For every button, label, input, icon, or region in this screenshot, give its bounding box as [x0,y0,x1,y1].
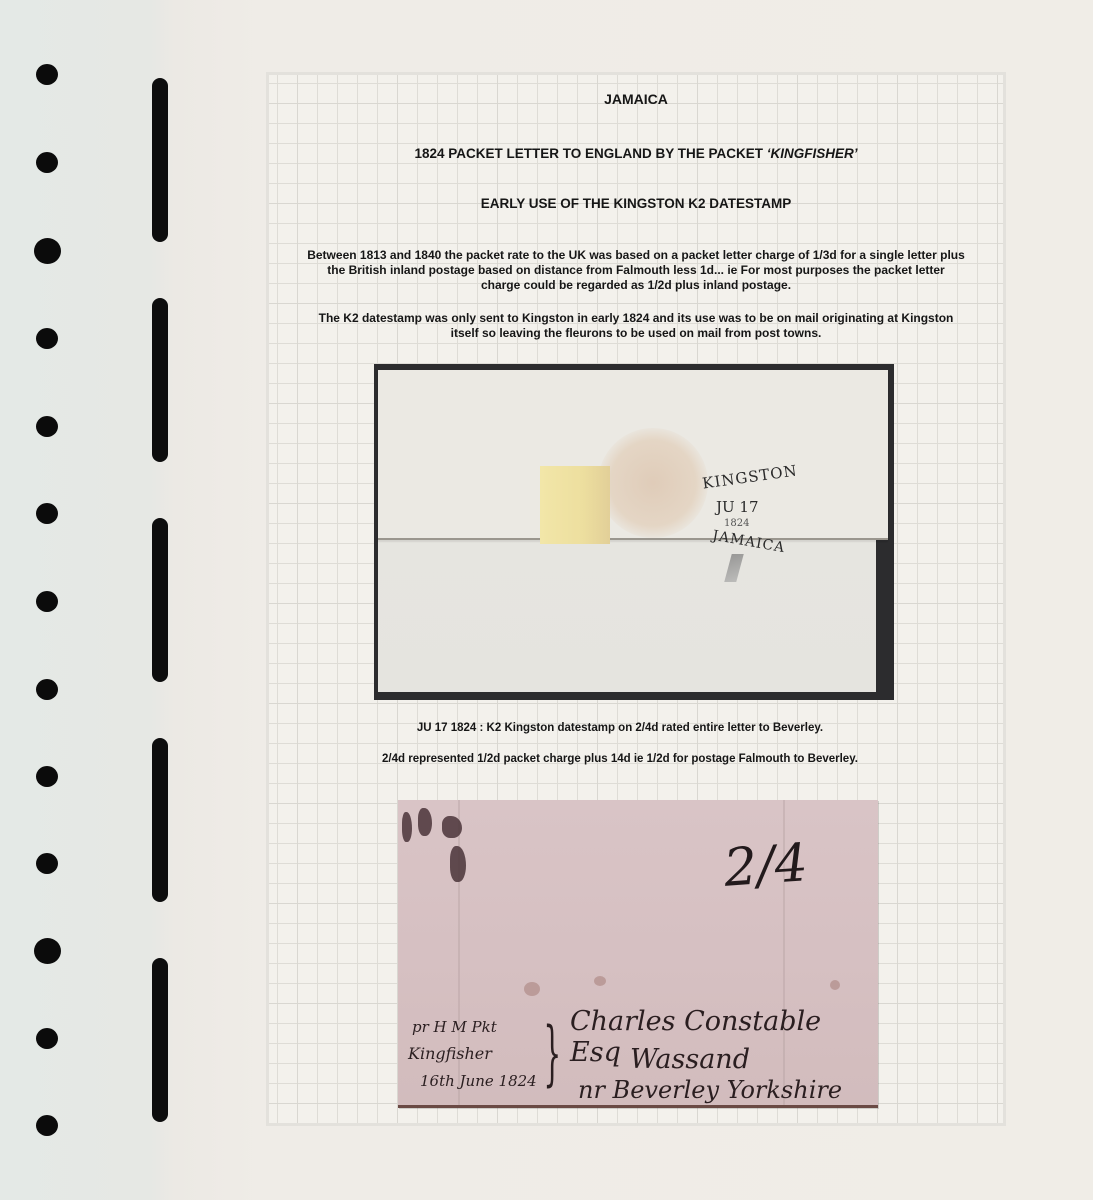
wafer-seal [540,466,610,544]
brace-mark: } [543,1012,561,1094]
datestamp-country: JAMAICA [711,528,786,557]
kingston-datestamp: KINGSTON JU 17 1824 JAMAICA [696,464,796,574]
binder-margin [0,0,260,1200]
description-paragraph: Between 1813 and 1840 the packet rate to… [266,248,1006,293]
letter-back-image: KINGSTON JU 17 1824 JAMAICA [374,364,894,700]
page-subtitle: 1824 PACKET LETTER TO ENGLAND BY THE PAC… [266,146,1006,161]
subtitle-text: 1824 PACKET LETTER TO ENGLAND BY THE PAC… [414,146,766,161]
seal-stain [598,428,708,538]
punch-hole [36,591,58,612]
punch-hole [36,1115,58,1136]
letter-flap [378,370,888,540]
punch-hole [36,679,58,700]
address-line: nr Beverley Yorkshire [578,1076,842,1104]
binder-slot [152,958,168,1122]
rate-marking: 2/4 [722,833,810,899]
section-heading: EARLY USE OF THE KINGSTON K2 DATESTAMP [266,196,1006,211]
stain [830,980,840,990]
caption-date: JU 17 1824 : K2 Kingston datestamp on 2/… [300,722,940,734]
stain [524,982,540,996]
stain [594,976,606,986]
binder-slot [152,78,168,242]
ink-mark [418,808,432,836]
punch-hole [36,416,58,437]
ship-endorsement-line: 16th June 1824 [420,1072,537,1090]
datestamp-year: 1824 [724,518,749,529]
address-line: Wassand [630,1044,750,1075]
punch-hole [36,503,58,524]
punch-hole [36,853,58,874]
ship-endorsement-line: pr H M Pkt [412,1018,497,1036]
punch-hole [36,766,58,787]
punch-hole [36,1028,58,1049]
ink-mark [442,816,462,838]
datestamp-town: KINGSTON [701,461,799,492]
punch-hole [34,938,61,964]
punch-hole [34,238,61,264]
punch-hole [36,328,58,349]
description-paragraph: The K2 datestamp was only sent to Kingst… [266,311,1006,341]
ship-name: ‘KINGFISHER’ [767,146,858,161]
binder-slot [152,298,168,462]
ink-mark [450,846,466,882]
binder-slot [152,738,168,902]
ship-endorsement-line: Kingfisher [408,1044,492,1063]
binder-slot [152,518,168,682]
punch-hole [36,64,58,85]
letter-front-image: 2/4 pr H M Pkt Kingfisher 16th June 1824… [398,800,878,1108]
datestamp-date: JU 17 [716,498,759,516]
ink-mark [402,812,412,842]
caption-rate: 2/4d represented 1/2d packet charge plus… [300,753,940,765]
punch-hole [36,152,58,173]
page-title: JAMAICA [266,91,1006,107]
